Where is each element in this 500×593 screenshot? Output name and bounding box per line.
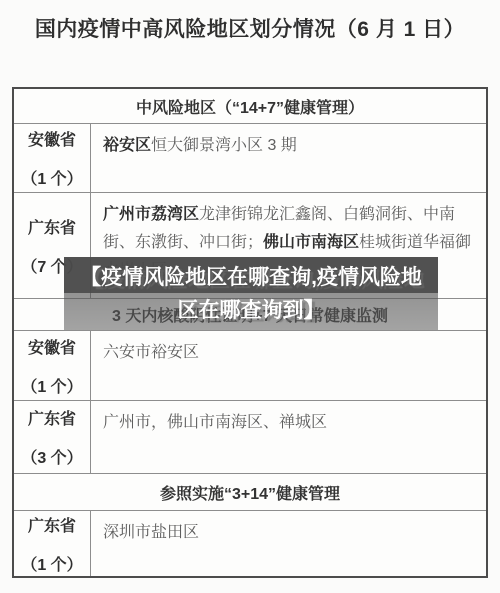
document-page: 国内疫情中高风险地区划分情况（6 月 1 日） 中风险地区（“14+7”健康管理… (0, 0, 500, 593)
table-row: 广东省 （3 个） 广州市，佛山市南海区、禅城区 (14, 400, 486, 473)
province-count: （1 个） (21, 552, 82, 575)
province-cell: 广东省 （1 个） (14, 511, 90, 576)
table-section-header-medium-risk: 中风险地区（“14+7”健康管理） (14, 89, 486, 123)
risk-area-table: 中风险地区（“14+7”健康管理） 安徽省 （1 个） 裕安区恒大御景湾小区 3… (12, 87, 488, 578)
table-row: 安徽省 （1 个） 裕安区恒大御景湾小区 3 期 (14, 123, 486, 192)
province-cell: 广东省 （3 个） (14, 401, 90, 473)
watermark-text-line: 【疫情风险地区在哪查询,疫情风险地 (64, 261, 438, 294)
section-header-label: 参照实施“3+14”健康管理 (160, 481, 340, 504)
province-name: 广东省 (28, 406, 76, 429)
table-section-header-3plus14: 参照实施“3+14”健康管理 (14, 473, 486, 510)
province-cell: 安徽省 （1 个） (14, 124, 90, 192)
province-name: 广东省 (28, 513, 76, 536)
watermark-text-line: 区在哪查询到】 (64, 294, 438, 327)
province-cell: 安徽省 （1 个） (14, 331, 90, 400)
table-row: 广东省 （1 个） 深圳市盐田区 (14, 510, 486, 576)
table-row: 安徽省 （1 个） 六安市裕安区 (14, 330, 486, 400)
area-detail-cell: 裕安区恒大御景湾小区 3 期 (90, 124, 486, 192)
area-detail-cell: 广州市，佛山市南海区、禅城区 (90, 401, 486, 473)
area-detail-cell: 六安市裕安区 (90, 331, 486, 400)
page-title: 国内疫情中高风险地区划分情况（6 月 1 日） (0, 15, 500, 45)
province-count: （1 个） (21, 166, 82, 189)
province-name: 广东省 (28, 215, 76, 238)
province-count: （1 个） (21, 374, 82, 397)
section-header-label: 中风险地区（“14+7”健康管理） (136, 95, 364, 118)
province-name: 安徽省 (28, 335, 76, 358)
watermark-overlay: 【疫情风险地区在哪查询,疫情风险地 区在哪查询到】 (64, 257, 438, 330)
province-name: 安徽省 (28, 127, 76, 150)
area-detail-cell: 深圳市盐田区 (90, 511, 486, 576)
province-count: （3 个） (21, 445, 82, 468)
